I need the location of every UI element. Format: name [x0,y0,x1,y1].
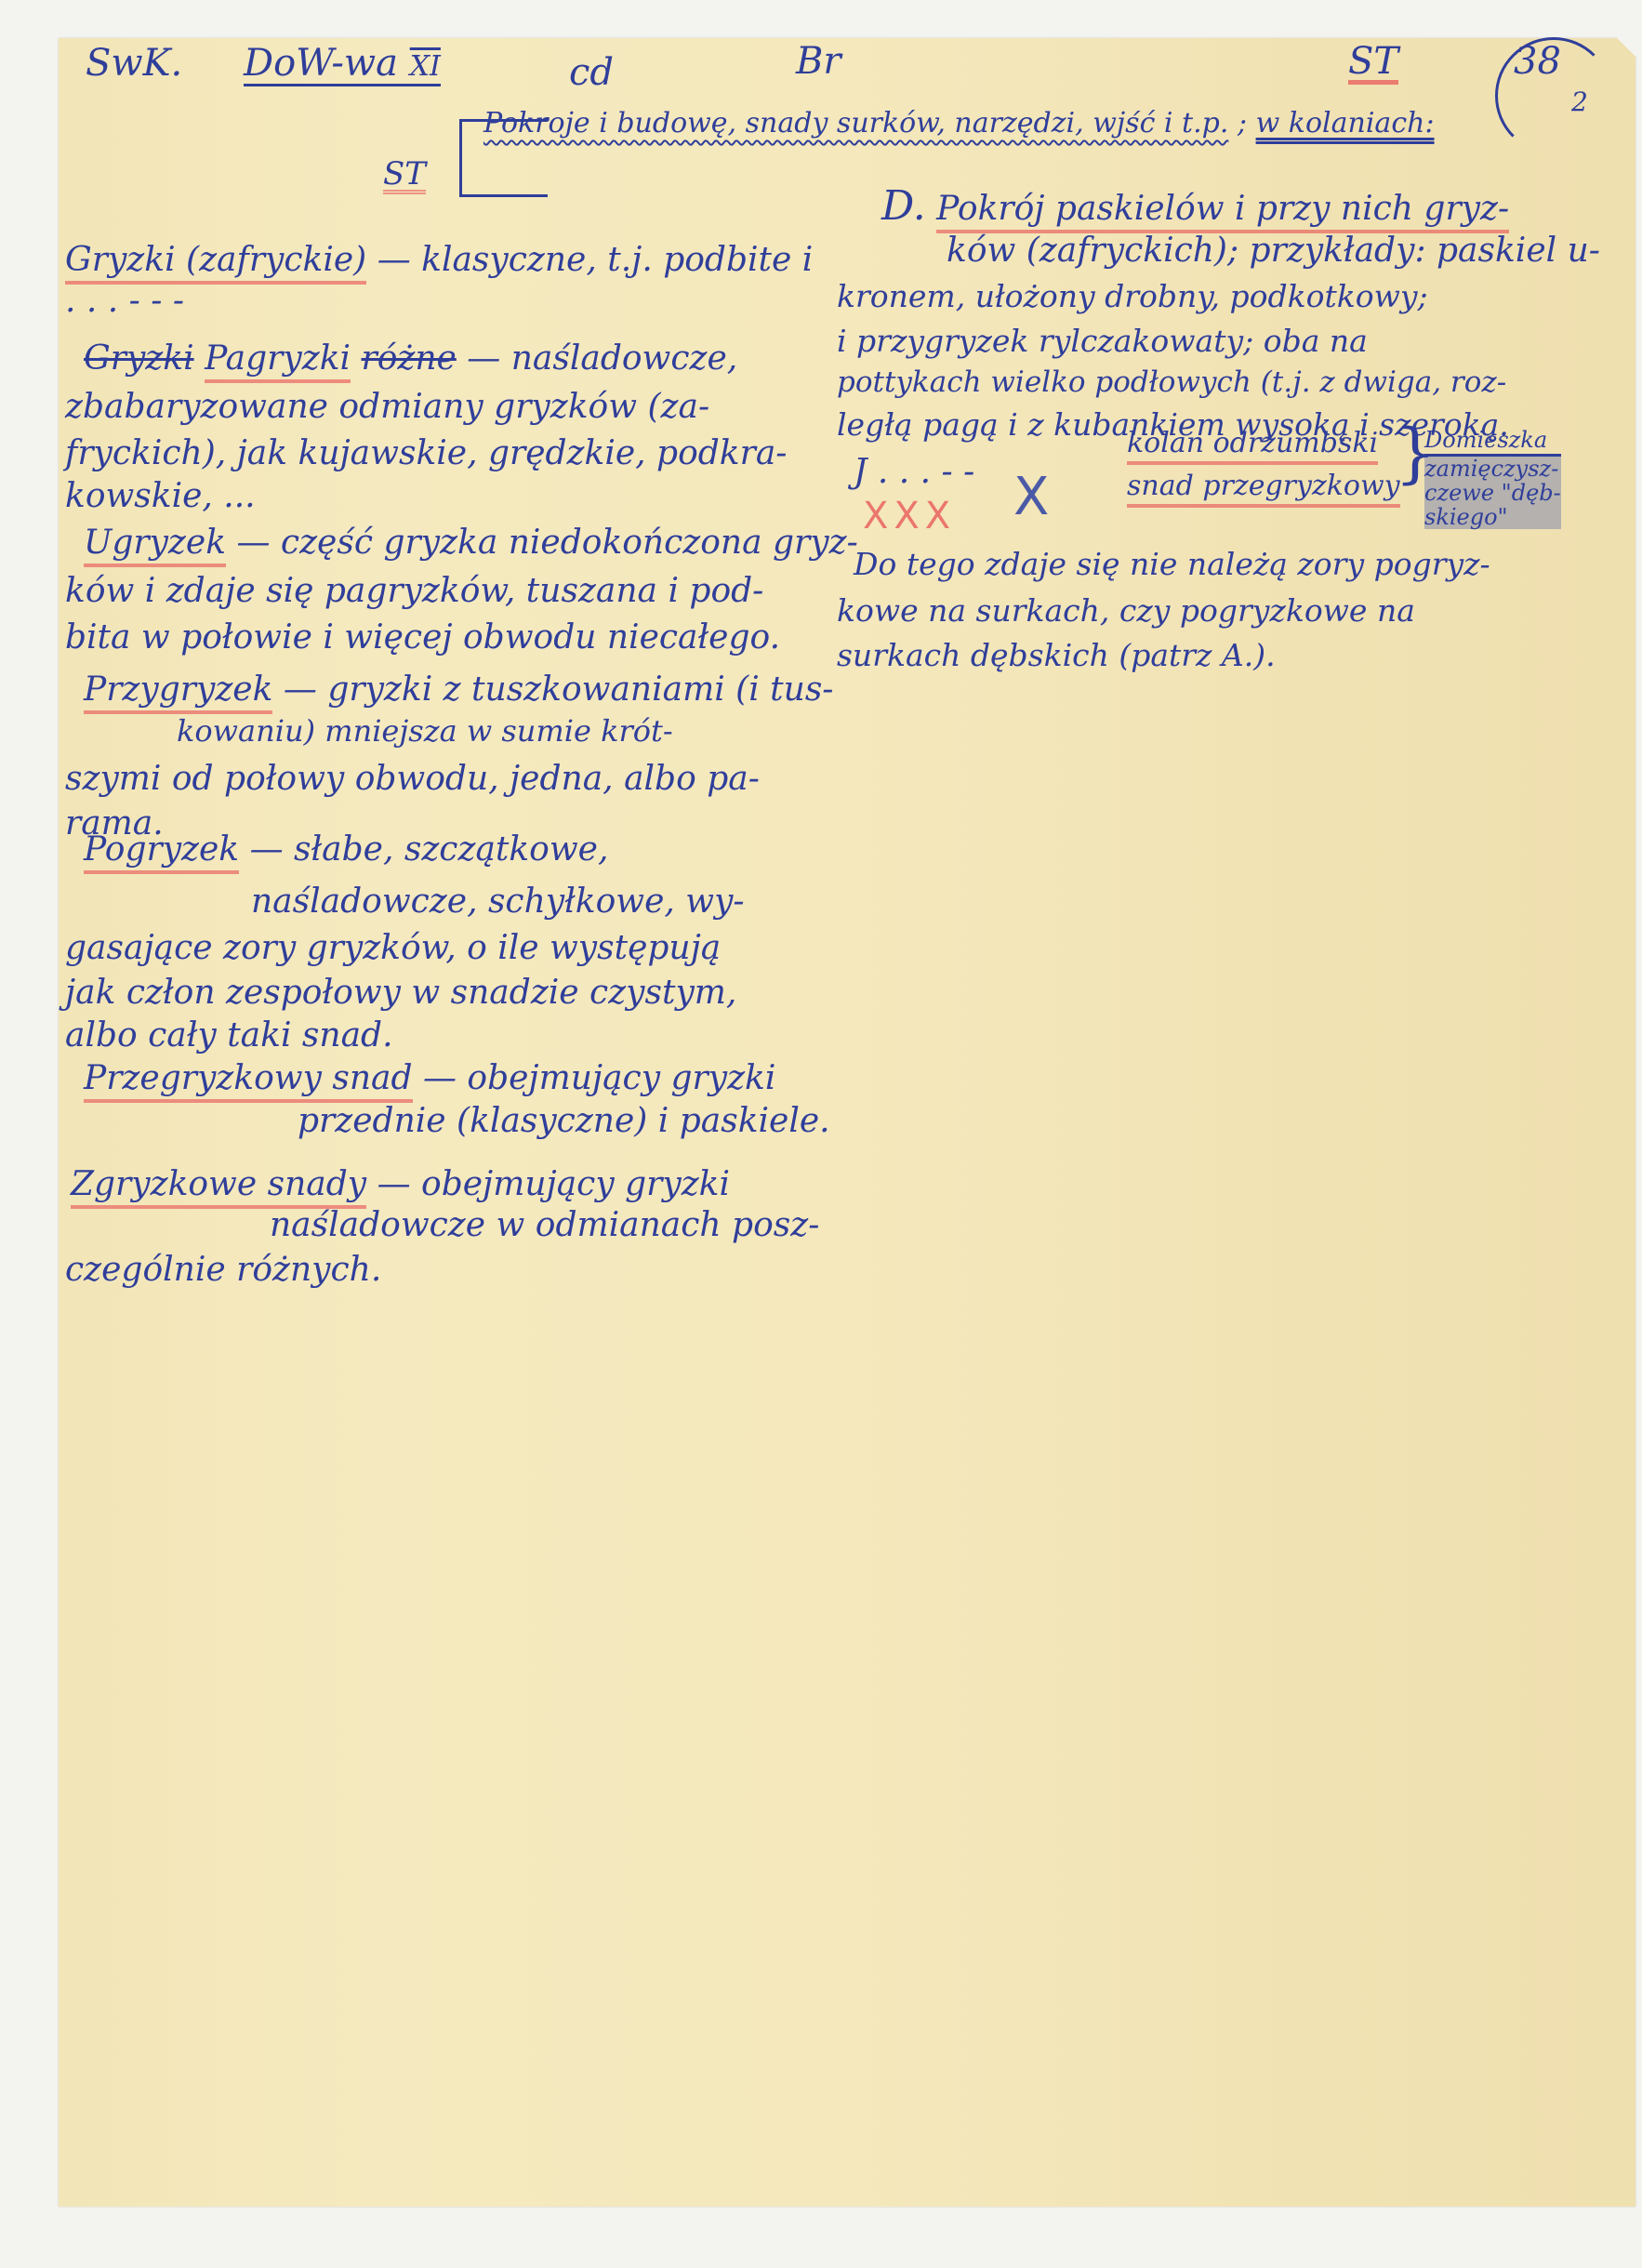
brace-item-2: snad przegryzkowy [1127,472,1400,500]
term-pogryzek: Pogryzek [84,830,239,874]
term-zgryzkowe-snady: Zgryzkowe snady [71,1165,366,1209]
right-section-line-3: kronem, ułożony drobny, podkotkowy; [837,281,1428,312]
left-para-4-line-3: szymi od połowy obwodu, jedna, albo pa- [65,763,760,796]
term-ugryzek: Ugryzek [84,524,226,567]
struck-word: Gryzki [84,339,194,378]
header-swk: SwK. [86,45,182,82]
term-pagryzki: Pagryzki [205,339,351,383]
header-roman: XI [410,50,441,83]
para-text: — część gryzka niedokończona gryz- [236,524,857,562]
struck-word: różne [361,339,456,378]
brace-item-text: kolan odrzumbski [1127,427,1378,465]
term-przegryzkowy-snad: Przegryzkowy snad [84,1059,413,1103]
brace-note-line: Domieszka [1424,428,1561,457]
left-para-2-line-1: Gryzki Pagryzki różne — naśladowcze, [84,342,737,376]
header-title: Pokroje i budowę, snady surków, narzędzi… [483,110,1435,138]
section-letter: D. [881,182,926,230]
left-para-6-line-2: przednie (klasyczne) i paskiele. [298,1105,830,1138]
left-para-5-line-1: Pogryzek — słabe, szczątkowe, [84,833,608,867]
brace-note: Domieszka zamięczysz- czewe "dęb- skiego… [1424,428,1561,529]
para-text: — naśladowcze, [467,339,737,378]
header-title-sep: ; [1238,107,1247,139]
left-para-4-line-2: kowaniu) mniejsza w sumie krót- [177,716,673,746]
header-title-main: Pokroje i budowę, snady surków, narzędzi… [483,107,1228,139]
header-st-right: ST [1348,43,1398,85]
header-title-location: w kolaniach: [1256,107,1435,139]
left-para-7-line-3: czególnie różnych. [65,1253,381,1287]
left-para-2-line-3: fryckich), jak kujawskie, grędzkie, podk… [65,437,787,471]
left-para-1-line-2: . . . - - - [65,285,184,318]
left-para-7-line-1: Zgryzkowe snady — obejmujący gryzki [71,1168,730,1201]
left-para-2-line-2: zbabaryzowane odmiany gryzków (za- [65,391,709,424]
term-gryzki: Gryzki (zafryckie) [65,241,366,285]
header-dow: DoW-wa XI [244,45,441,86]
header-br: Br [796,43,841,80]
blue-x-mark-icon: X [1013,467,1049,527]
para-text: — klasyczne, t.j. podbite i [377,241,814,279]
brace-note-line: czewe "dęb- [1424,481,1561,505]
red-x-marks-icon: XXX [863,495,956,537]
left-para-2-line-4: kowskie, ... [65,480,256,513]
left-para-5-line-3: gasające zory gryzków, o ile występują [65,932,721,965]
header-cd: cd [569,54,614,91]
para-text: Pokrój paskielów i przy nich gryz- [936,190,1509,233]
left-para-1-line-1: Gryzki (zafryckie) — klasyczne, t.j. pod… [65,244,813,277]
page-sub-number: 2 [1571,89,1588,115]
right-closing-line-3: surkach dębskich (patrz A.). [837,640,1276,670]
brace-note-line: skiego" [1424,505,1561,529]
para-text: — słabe, szczątkowe, [250,830,609,869]
page-number: 38 [1514,43,1561,80]
left-para-5-line-4: jak człon zespołowy w snadzie czystym, [65,976,736,1010]
term-przygryzek: Przygryzek [84,670,272,714]
left-para-4-line-1: Przygryzek — gryzki z tuszkowaniami (i t… [84,673,833,707]
brace-item-text: snad przegryzkowy [1127,470,1400,508]
para-text: — gryzki z tuszkowaniami (i tus- [284,670,834,709]
brace-note-line: zamięczysz- [1424,457,1561,481]
left-para-5-line-2: naśladowcze, schyłkowe, wy- [251,885,745,919]
left-para-7-line-2: naśladowcze w odmianach posz- [270,1209,819,1242]
right-section-line-2: ków (zafryckich); przykłady: paskiel u- [947,234,1600,268]
right-closing-line-1: Do tego zdaje się nie należą zory pogryz… [854,549,1490,579]
left-para-3-line-3: bita w połowie i więcej obwodu niecałego… [65,621,780,655]
left-para-3-line-1: Ugryzek — część gryzka niedokończona gry… [84,526,858,560]
right-section-line-1: D. Pokrój paskielów i przy nich gryz- [881,186,1509,227]
right-section-line-5: pottykach wielko podłowych (t.j. z dwiga… [837,368,1506,397]
header-st-left: ST [383,158,426,194]
right-closing-line-2: kowe na surkach, czy pogryzkowe na [837,595,1415,626]
left-para-3-line-2: ków i zdaje się pagryzków, tuszana i pod… [65,575,763,608]
para-text: — obejmujący gryzki [423,1059,775,1097]
right-section-line-4: i przygryzek rylczakowaty; oba na [837,325,1368,356]
header-dow-text: DoW-wa [244,42,398,85]
right-line-j: J . . . - - [854,456,974,489]
brace-item-1: kolan odrzumbski [1127,430,1378,458]
left-para-6-line-1: Przegryzkowy snad — obejmujący gryzki [84,1062,775,1095]
left-para-5-line-5: albo cały taki snad. [65,1019,393,1053]
para-text: — obejmujący gryzki [377,1165,730,1203]
